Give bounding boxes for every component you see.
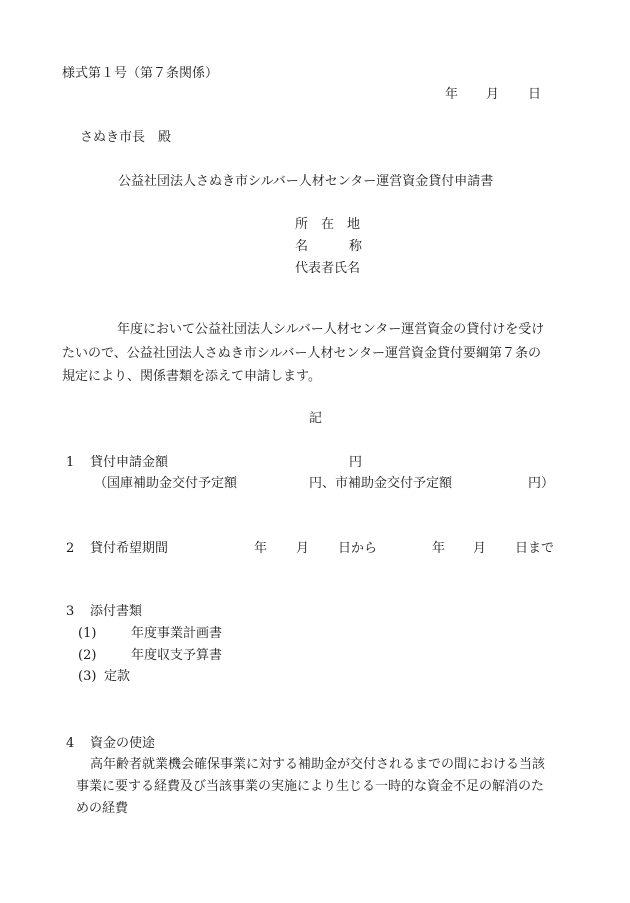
section-4-line-2: 事業に要する経費及び当該事業の実施により生じる一時的な資金不足の解消のた: [76, 780, 544, 793]
attachment-2-text: 年度収支予算書: [131, 649, 222, 662]
address-label: 所 在 地: [295, 218, 360, 231]
body-line-3: 規定により、関係書類を添えて申請します。: [62, 370, 321, 383]
body-line-1: 年度において公益社団法人シルバー人材センター運営資金の貸付けを受け: [117, 323, 544, 336]
document-title: 公益社団法人さぬき市シルバー人材センター運営資金貸付申請書: [118, 175, 493, 188]
name-label-left: 名: [295, 240, 308, 253]
section-2-number: 2: [66, 542, 74, 555]
addressee: さぬき市長 殿: [80, 131, 171, 144]
ki-heading: 記: [309, 412, 322, 425]
section-2-to-year: 年: [432, 542, 445, 555]
section-1-close: 円）: [528, 477, 554, 490]
section-1-label: 貸付申請金額: [90, 456, 168, 469]
section-1-number: 1: [66, 456, 74, 469]
date-year-label: 年: [445, 88, 458, 101]
date-month-label: 月: [486, 88, 499, 101]
section-3-number: 3: [66, 605, 74, 618]
section-2-label: 貸付希望期間: [90, 542, 168, 555]
name-label-right: 称: [349, 240, 362, 253]
section-2-from-month: 月: [296, 542, 309, 555]
section-3-label: 添付書類: [90, 605, 142, 618]
attachment-1-number: (1): [78, 627, 96, 640]
section-1-city-subsidy: 円、市補助金交付予定額: [309, 477, 452, 490]
section-4-label: 資金の使途: [90, 737, 155, 750]
date-day-label: 日: [528, 88, 541, 101]
attachment-3-text: 定款: [104, 670, 130, 683]
body-line-2: たいので、公益社団法人さぬき市シルバー人材センター運営資金貸付要綱第７条の: [62, 347, 541, 360]
section-2-to-day: 日まで: [515, 542, 554, 555]
attachment-3-number: (3): [78, 670, 96, 683]
section-1-national-subsidy: （国庫補助金交付予定額: [94, 477, 237, 490]
attachment-1-text: 年度事業計画書: [131, 627, 222, 640]
form-number: 様式第１号（第７条関係）: [62, 67, 218, 80]
section-2-from-year: 年: [254, 542, 267, 555]
attachment-2-number: (2): [78, 649, 96, 662]
section-4-number: 4: [66, 737, 74, 750]
section-4-line-3: めの経費: [76, 802, 128, 815]
section-2-from-day: 日から: [338, 542, 377, 555]
section-2-to-month: 月: [473, 542, 486, 555]
representative-label: 代表者氏名: [295, 262, 360, 275]
section-1-yen: 円: [349, 456, 362, 469]
section-4-line-1: 高年齢者就業機会確保事業に対する補助金が交付されるまでの間における当該: [90, 758, 545, 771]
